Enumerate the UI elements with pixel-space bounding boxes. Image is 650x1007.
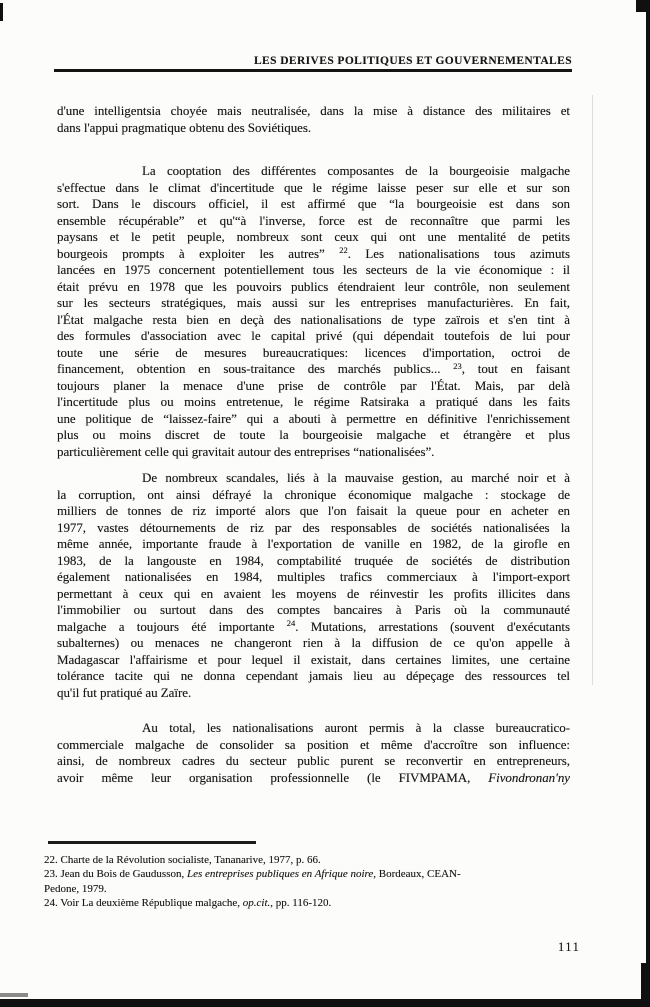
scanned-book-page: LES DERIVES POLITIQUES ET GOUVERNEMENTAL… bbox=[0, 0, 650, 1007]
text-line: même année, importante fraude à l'export… bbox=[57, 536, 570, 553]
text-line: 1983, de la langouste en 1984, comptabil… bbox=[57, 553, 570, 570]
footnote-line: 24. Voir La deuxième République malgache… bbox=[44, 896, 589, 910]
text-line: l'État malgache resta bien en deçà des n… bbox=[57, 312, 570, 329]
scan-artifact-right-edge bbox=[646, 10, 650, 1007]
scan-artifact-bottom-edge bbox=[0, 999, 650, 1007]
paragraph: La cooptation des différentes composante… bbox=[57, 163, 570, 460]
footnotes: 22. Charte de la Révolution socialiste, … bbox=[44, 853, 589, 911]
footnote-line: 23. Jean du Bois de Gaudusson, Les entre… bbox=[44, 867, 589, 881]
text-line: paysans et le petit peuple, nombreux son… bbox=[57, 229, 570, 246]
text-line: ainsi, de nombreux cadres du secteur pub… bbox=[57, 753, 570, 770]
text-line: toujours planer la menace d'une prise de… bbox=[57, 378, 570, 395]
text-line: l'immobilier ou surtout dans des comptes… bbox=[57, 602, 570, 619]
text-line: Madagascar l'affairisme et pour lequel i… bbox=[57, 652, 570, 669]
text-line: De nombreux scandales, liés à la mauvais… bbox=[57, 470, 570, 487]
page-edge-shadow bbox=[592, 95, 593, 685]
text-line: subalternes) ou menaces ne changeront ri… bbox=[57, 635, 570, 652]
text-line: tolérance tacite qui ne donna cependant … bbox=[57, 668, 570, 685]
text-line: sort. Dans le discours officiel, il est … bbox=[57, 196, 570, 213]
running-header: LES DERIVES POLITIQUES ET GOUVERNEMENTAL… bbox=[54, 55, 572, 72]
footnote-line: Pedone, 1979. bbox=[44, 882, 589, 896]
text-line: La cooptation des différentes composante… bbox=[57, 163, 570, 180]
text-line: Au total, les nationalisations auront pe… bbox=[57, 720, 570, 737]
text-line: également nationalisées en 1984, multipl… bbox=[57, 569, 570, 586]
text-line: bourgeois prompts à exploiter les autres… bbox=[57, 246, 570, 263]
paragraph: Au total, les nationalisations auront pe… bbox=[57, 720, 570, 786]
scan-artifact-bottom-smudge bbox=[0, 993, 28, 997]
text-line: permettant à ceux qui en avaient les moy… bbox=[57, 586, 570, 603]
body-text: d'une intelligentsia choyée mais neutral… bbox=[57, 103, 570, 786]
scan-artifact-top-left bbox=[0, 3, 3, 21]
text-line: malgache a toujours été importante 24. M… bbox=[57, 619, 570, 636]
text-line: des formules d'association avec le capit… bbox=[57, 328, 570, 345]
text-line: financement, obtention en sous-traitance… bbox=[57, 361, 570, 378]
footnote-separator bbox=[48, 841, 256, 844]
footnote-line: 22. Charte de la Révolution socialiste, … bbox=[44, 853, 589, 867]
text-line: plus ou moins discret de toute la bourge… bbox=[57, 427, 570, 444]
paragraph: d'une intelligentsia choyée mais neutral… bbox=[57, 103, 570, 136]
paragraph: De nombreux scandales, liés à la mauvais… bbox=[57, 470, 570, 701]
text-line: milliers de tonnes de riz importé alors … bbox=[57, 503, 570, 520]
text-line: 1977, vastes détournements de riz par de… bbox=[57, 520, 570, 537]
text-line: d'une intelligentsia choyée mais neutral… bbox=[57, 103, 570, 120]
text-line: ensemble récupérable” et qu'“à l'inverse… bbox=[57, 213, 570, 230]
text-line: sur les secteurs stratégiques, mais auss… bbox=[57, 295, 570, 312]
text-line: l'incertitude plus ou moins entretenue, … bbox=[57, 394, 570, 411]
text-line: était prévu en 1978 que les pouvoirs pub… bbox=[57, 279, 570, 296]
text-line: s'effectue dans le climat d'incertitude … bbox=[57, 180, 570, 197]
page-number: 111 bbox=[558, 940, 580, 955]
text-line: qu'il fut pratiqué au Zaïre. bbox=[57, 685, 570, 702]
text-line: dans l'appui pragmatique obtenu des Sovi… bbox=[57, 120, 570, 137]
text-line: lancées en 1975 concernent potentielleme… bbox=[57, 262, 570, 279]
text-line: toute une série de mesures bureaucratiqu… bbox=[57, 345, 570, 362]
text-line: particulièrement celle qui gravitait aut… bbox=[57, 444, 570, 461]
text-line: commerciale malgache de consolider sa po… bbox=[57, 737, 570, 754]
text-line: la corruption, ont ainsi défrayé la chro… bbox=[57, 487, 570, 504]
text-line: avoir même leur organisation professionn… bbox=[57, 770, 570, 787]
text-line: une politique de “laissez-faire” qui a a… bbox=[57, 411, 570, 428]
